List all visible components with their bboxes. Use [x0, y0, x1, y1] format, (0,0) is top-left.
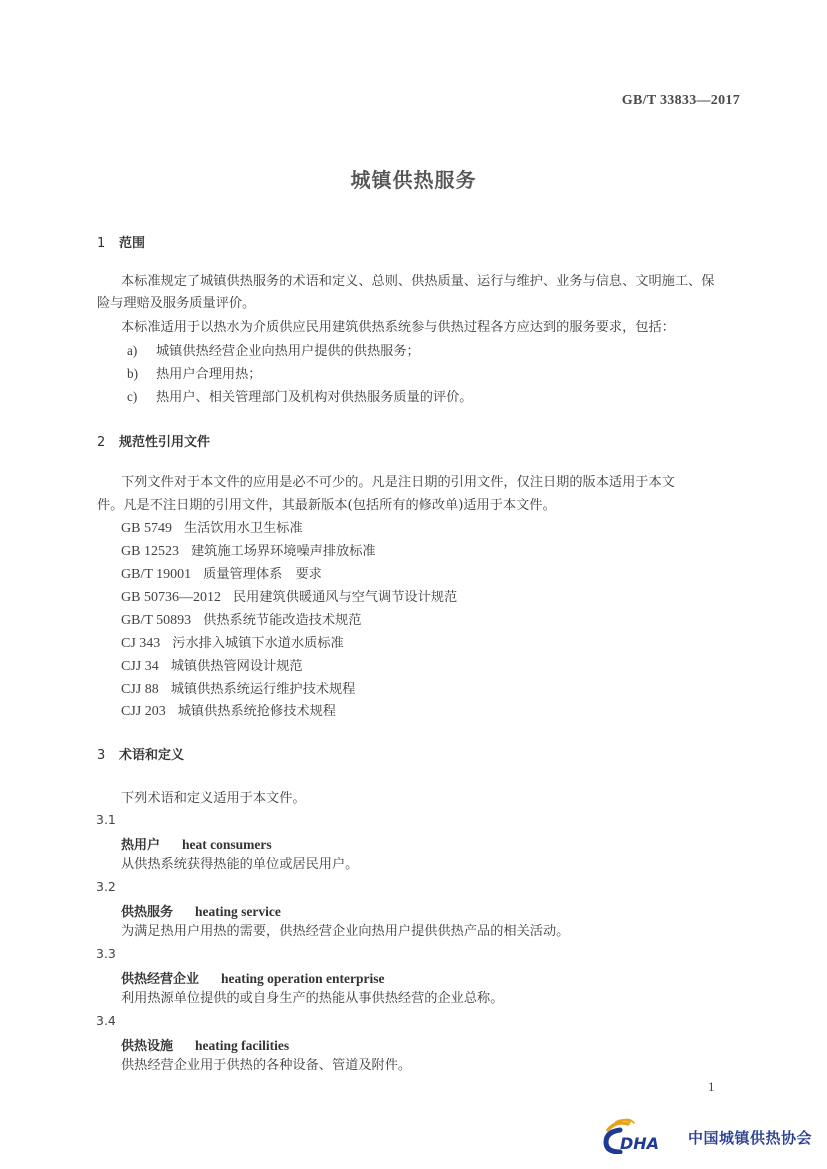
term-en: heating operation enterprise	[221, 971, 384, 986]
svg-text:DHA: DHA	[620, 1134, 659, 1153]
section-1-heading: 1范围	[97, 232, 145, 251]
term-heading: 热用户heat consumers	[121, 834, 272, 853]
term-definition: 供热经营企业用于供热的各种设备、管道及附件。	[121, 1055, 411, 1077]
term-heading: 供热经营企业heating operation enterprise	[121, 968, 385, 987]
normative-paragraph-line-2: 件。凡是不注日期的引用文件，其最新版本(包括所有的修改单)适用于本文件。	[97, 495, 556, 517]
scope-list-item: b)热用户合理用热；	[127, 363, 262, 386]
normative-paragraph-line-1: 下列文件对于本文件的应用是必不可少的。凡是注日期的引用文件，仅注日期的版本适用于…	[121, 472, 675, 494]
clause-number: 3.3	[96, 946, 116, 961]
organization-name: 中国城镇供热协会	[688, 1127, 812, 1148]
reference-item: GB/T 19001质量管理体系 要求	[121, 564, 322, 586]
scope-paragraph-line-1: 本标准规定了城镇供热服务的术语和定义、总则、供热质量、运行与维护、业务与信息、文…	[121, 271, 714, 293]
reference-item: GB 12523建筑施工场界环境噪声排放标准	[121, 541, 376, 563]
term-zh: 供热设施	[121, 1039, 173, 1054]
reference-item: CJJ 34城镇供热管网设计规范	[121, 656, 303, 678]
term-zh: 供热服务	[121, 905, 173, 920]
term-en: heating service	[195, 904, 281, 919]
clause-number: 3.1	[96, 812, 116, 827]
scope-applicability: 本标准适用于以热水为介质供应民用建筑供热系统参与供热过程各方应达到的服务要求，包…	[121, 317, 675, 339]
standard-code: GB/T 33833—2017	[0, 93, 740, 109]
reference-item: GB/T 50893供热系统节能改造技术规范	[121, 610, 361, 632]
term-heading: 供热设施heating facilities	[121, 1035, 289, 1054]
reference-item: GB 50736—2012民用建筑供暖通风与空气调节设计规范	[121, 587, 457, 609]
section-title: 术语和定义	[119, 748, 184, 763]
term-definition: 为满足热用户用热的需要，供热经营企业向热用户提供供热产品的相关活动。	[121, 921, 569, 943]
clause-number: 3.4	[96, 1013, 116, 1028]
scope-list-item: a)城镇供热经营企业向热用户提供的供热服务；	[127, 340, 420, 363]
page-number: 1	[708, 1079, 715, 1095]
scope-paragraph-line-2: 险与理赔及服务质量评价。	[97, 293, 255, 315]
section-3-heading: 3术语和定义	[97, 744, 184, 763]
term-heading: 供热服务heating service	[121, 901, 281, 920]
section-title: 范围	[119, 236, 145, 251]
term-en: heating facilities	[195, 1038, 289, 1053]
document-title: 城镇供热服务	[0, 164, 827, 193]
scope-list-item: c)热用户、相关管理部门及机构对供热服务质量的评价。	[127, 386, 473, 409]
reference-item: CJJ 88城镇供热系统运行维护技术规程	[121, 679, 355, 701]
term-en: heat consumers	[182, 837, 272, 852]
terms-intro: 下列术语和定义适用于本文件。	[121, 788, 306, 810]
clause-number: 3.2	[96, 879, 116, 894]
term-zh: 热用户	[121, 838, 160, 853]
term-definition: 从供热系统获得热能的单位或居民用户。	[121, 854, 358, 876]
section-title: 规范性引用文件	[119, 435, 210, 450]
section-number: 3	[97, 748, 119, 763]
section-number: 1	[97, 236, 119, 251]
reference-item: CJ 343污水排入城镇下水道水质标准	[121, 633, 344, 655]
section-number: 2	[97, 435, 119, 450]
reference-item: CJJ 203城镇供热系统抢修技术规程	[121, 701, 336, 723]
term-zh: 供热经营企业	[121, 972, 199, 987]
term-definition: 利用热源单位提供的或自身生产的热能从事供热经营的企业总称。	[121, 988, 503, 1010]
reference-item: GB 5749生活饮用水卫生标准	[121, 518, 303, 540]
section-2-heading: 2规范性引用文件	[97, 431, 210, 450]
cdha-logo: DHA	[602, 1118, 686, 1158]
cdha-logo-icon: DHA	[602, 1118, 686, 1154]
